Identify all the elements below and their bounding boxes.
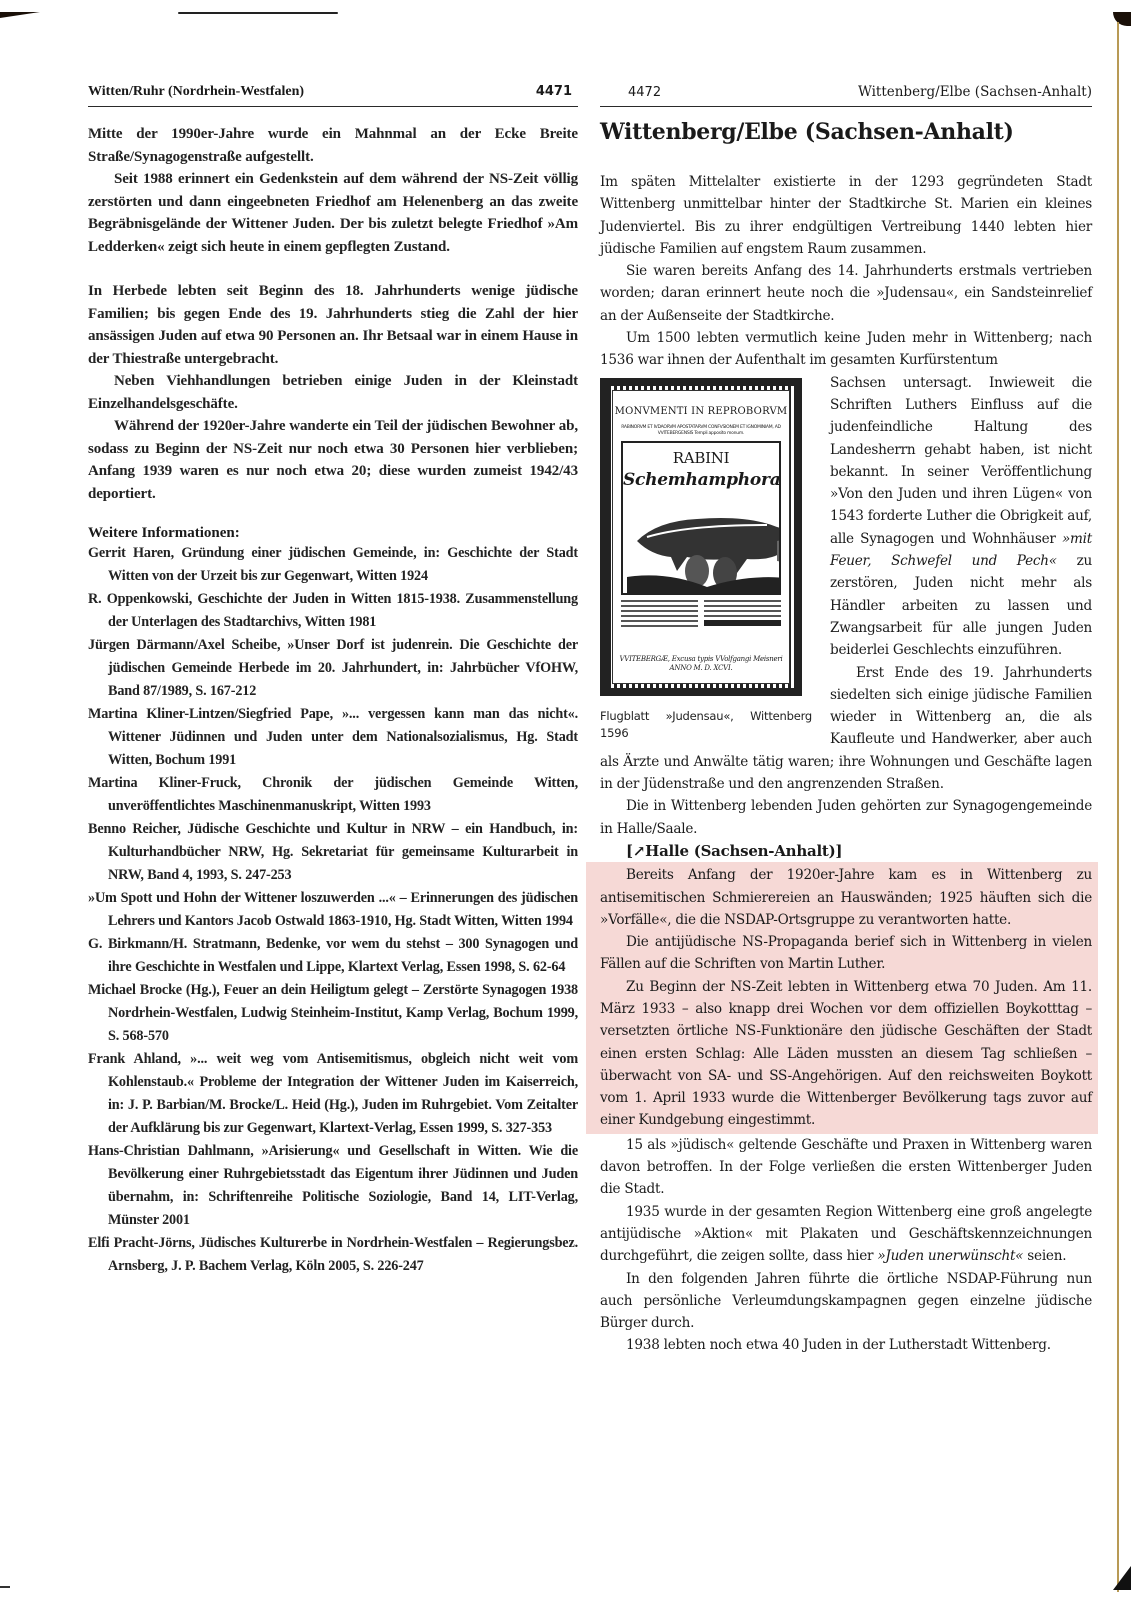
running-head: Witten/Ruhr (Nordrhein-Westfalen) 4471 [88,84,578,107]
reference-item: Martina Kliner-Lintzen/Siegfried Pape, »… [88,703,578,772]
paragraph: Seit 1988 erinnert ein Gedenkstein auf d… [88,168,578,258]
reference-item: Gerrit Haren, Gründung einer jüdischen G… [88,542,578,588]
reference-item: Michael Brocke (Hg.), Feuer an dein Heil… [88,979,578,1048]
references-heading: Weitere Informationen: [88,525,578,542]
running-head: 4472 Wittenberg/Elbe (Sachsen-Anhalt) [600,84,1092,107]
woodcut-footer: VVITEBERGÆ, Excusa typis VVolfgangi Meis… [613,655,789,673]
page-corner-shadow [0,12,40,18]
page-edge-shadow [178,12,338,14]
sow-illustration-icon [627,501,781,593]
reference-item: Martina Kliner-Fruck, Chronik der jüdisc… [88,772,578,818]
paragraph: Während der 1920er-Jahre wanderte ein Te… [88,415,578,505]
body-text: Mitte der 1990er-Jahre wurde ein Mahnmal… [88,123,578,505]
highlighted-passage: Bereits Anfang der 1920er-Jahre kam es i… [586,862,1098,1134]
cross-reference-link[interactable]: [↗Halle (Sachsen-Anhalt)] [600,840,1092,862]
paragraph: Mitte der 1990er-Jahre wurde ein Mahnmal… [88,123,578,168]
page-number: 4471 [536,84,572,99]
page-corner-shadow [1113,1566,1131,1590]
reference-item: G. Birkmann/H. Stratmann, Bedenke, vor w… [88,933,578,979]
paragraph: Die in Wittenberg lebenden Juden gehörte… [600,795,1092,840]
place-name: Herbede [113,283,167,299]
reference-item: Hans-Christian Dahlmann, »Arisierung« un… [88,1140,578,1232]
paragraph: Neben Viehhandlungen betrieben einige Ju… [88,370,578,415]
book-edge [1117,22,1119,1592]
paragraph: Im späten Mittelalter existierte in der … [600,171,1092,260]
paragraph: Bereits Anfang der 1920er-Jahre kam es i… [600,864,1092,931]
woodcut-illustration: RABINI Schemhamphoras. [621,441,781,595]
woodcut-image: MONVMENTI IN REPROBORVM RABINORVM ET IVD… [600,378,802,696]
paragraph: Sie waren bereits Anfang des 14. Jahrhun… [600,260,1092,327]
references-list: Gerrit Haren, Gründung einer jüdischen G… [88,542,578,1278]
left-page: Witten/Ruhr (Nordrhein-Westfalen) 4471 M… [88,84,578,1278]
body-text: Im späten Mittelalter existierte in der … [600,171,1092,1357]
figure-caption: Flugblatt »Judensau«, Wittenberg 1596 [600,708,812,742]
running-head-title: Witten/Ruhr (Nordrhein-Westfalen) [88,84,304,100]
page-corner-shadow [0,1586,10,1588]
paragraph: In den folgenden Jahren führte die örtli… [600,1268,1092,1335]
reference-item: Benno Reicher, Jüdische Geschichte und K… [88,818,578,887]
paragraph: Um 1500 lebten vermutlich keine Juden me… [600,327,1092,372]
reference-item: Elfi Pracht-Jörns, Jüdisches Kulturerbe … [88,1232,578,1278]
quote: »Juden unerwünscht« [877,1248,1023,1264]
reference-item: Jürgen Därmann/Axel Scheibe, »Unser Dorf… [88,634,578,703]
woodcut-verse [621,597,781,645]
reference-item: Frank Ahland, »... weit weg vom Antisemi… [88,1048,578,1140]
page-corner-shadow [1113,12,1131,26]
paragraph: 1938 lebten noch etwa 40 Juden in der Lu… [600,1334,1092,1356]
paragraph: 15 als »jüdisch« geltende Geschäfte und … [600,1134,1092,1201]
right-page: 4472 Wittenberg/Elbe (Sachsen-Anhalt) Wi… [600,84,1092,1357]
running-head-title: Wittenberg/Elbe (Sachsen-Anhalt) [858,84,1092,100]
paragraph: Die antijüdische NS-Propaganda berief si… [600,931,1092,976]
woodcut-header: MONVMENTI IN REPROBORVM [613,401,789,423]
paragraph: Zu Beginn der NS-Zeit lebten in Wittenbe… [600,976,1092,1132]
page-number: 4472 [628,85,661,100]
reference-item: R. Oppenkowski, Geschichte der Juden in … [88,588,578,634]
reference-item: »Um Spott und Hohn der Wittener loszuwer… [88,887,578,933]
woodcut-subheader: RABINORVM ET IVDAORVM APOSTATARVM CONFVS… [617,425,785,437]
paragraph-herbede: In Herbede lebten seit Beginn des 18. Ja… [88,280,578,370]
paragraph: 1935 wurde in der gesamten Region Witten… [600,1201,1092,1268]
figure-woodcut: MONVMENTI IN REPROBORVM RABINORVM ET IVD… [600,378,812,742]
section-title: Wittenberg/Elbe (Sachsen-Anhalt) [600,119,1092,145]
